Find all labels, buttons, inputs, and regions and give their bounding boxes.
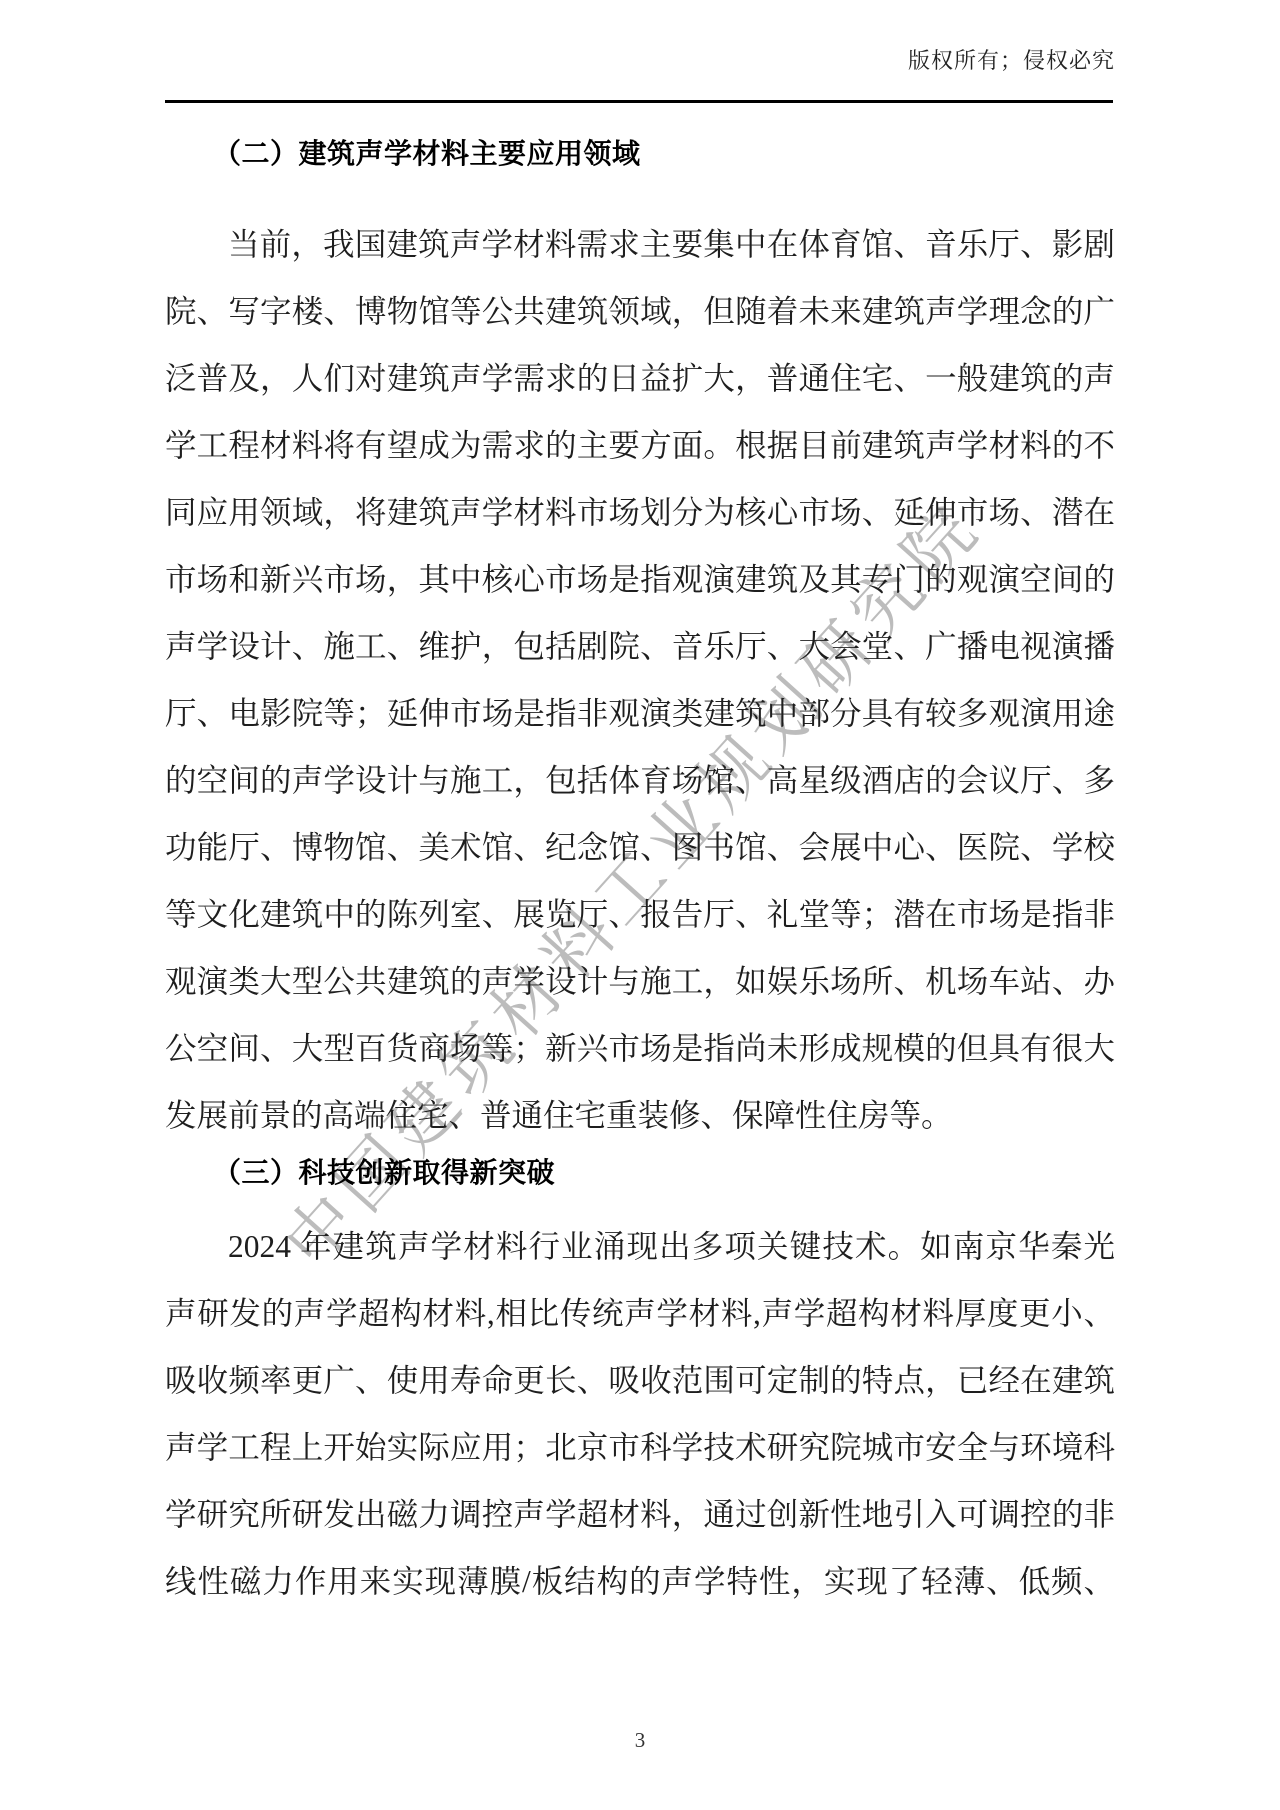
text-line: 观演类大型公共建筑的声学设计与施工，如娱乐场所、机场车站、办 [165,948,1115,1015]
text-line: 学工程材料将有望成为需求的主要方面。根据目前建筑声学材料的不 [165,412,1115,479]
text-line: 的空间的声学设计与施工，包括体育场馆、高星级酒店的会议厅、多 [165,747,1115,814]
document-page: 版权所有；侵权必究 中国建筑材料工业规划研究院 （二）建筑声学材料主要应用领域 … [0,0,1280,1810]
text-line: 声学工程上开始实际应用；北京市科学技术研究院城市安全与环境科 [165,1414,1115,1481]
text-line: 同应用领域，将建筑声学材料市场划分为核心市场、延伸市场、潜在 [165,479,1115,546]
text-line: 当前，我国建筑声学材料需求主要集中在体育馆、音乐厅、影剧 [165,211,1115,278]
text-line: 泛普及，人们对建筑声学需求的日益扩大，普通住宅、一般建筑的声 [165,345,1115,412]
text-line: 市场和新兴市场，其中核心市场是指观演建筑及其专门的观演空间的 [165,546,1115,613]
text-line: 学研究所研发出磁力调控声学超材料，通过创新性地引入可调控的非 [165,1481,1115,1548]
text-line: 线性磁力作用来实现薄膜/板结构的声学特性，实现了轻薄、低频、 [165,1548,1115,1615]
section-heading-application-fields: （二）建筑声学材料主要应用领域 [165,132,1115,176]
text-line: 发展前景的高端住宅、普通住宅重装修、保障性住房等。 [165,1082,1115,1149]
text-line: 声研发的声学超构材料,相比传统声学材料,声学超构材料厚度更小、 [165,1280,1115,1347]
text-line: 吸收频率更广、使用寿命更长、吸收范围可定制的特点，已经在建筑 [165,1347,1115,1414]
paragraph-application-fields: 当前，我国建筑声学材料需求主要集中在体育馆、音乐厅、影剧院、写字楼、博物馆等公共… [165,211,1115,1149]
text-line: 2024 年建筑声学材料行业涌现出多项关键技术。如南京华秦光 [165,1213,1115,1280]
text-line: 功能厅、博物馆、美术馆、纪念馆、图书馆、会展中心、医院、学校 [165,814,1115,881]
text-line: 等文化建筑中的陈列室、展览厅、报告厅、礼堂等；潜在市场是指非 [165,881,1115,948]
document-content: （二）建筑声学材料主要应用领域 当前，我国建筑声学材料需求主要集中在体育馆、音乐… [0,0,1280,1810]
section-heading-tech-innovation: （三）科技创新取得新突破 [165,1151,1115,1195]
page-number: 3 [165,1728,1115,1753]
text-line: 院、写字楼、博物馆等公共建筑领域，但随着未来建筑声学理念的广 [165,278,1115,345]
text-line: 声学设计、施工、维护，包括剧院、音乐厅、大会堂、广播电视演播 [165,613,1115,680]
text-line: 厅、电影院等；延伸市场是指非观演类建筑中部分具有较多观演用途 [165,680,1115,747]
text-line: 公空间、大型百货商场等；新兴市场是指尚未形成规模的但具有很大 [165,1015,1115,1082]
paragraph-tech-innovation: 2024 年建筑声学材料行业涌现出多项关键技术。如南京华秦光声研发的声学超构材料… [165,1213,1115,1615]
